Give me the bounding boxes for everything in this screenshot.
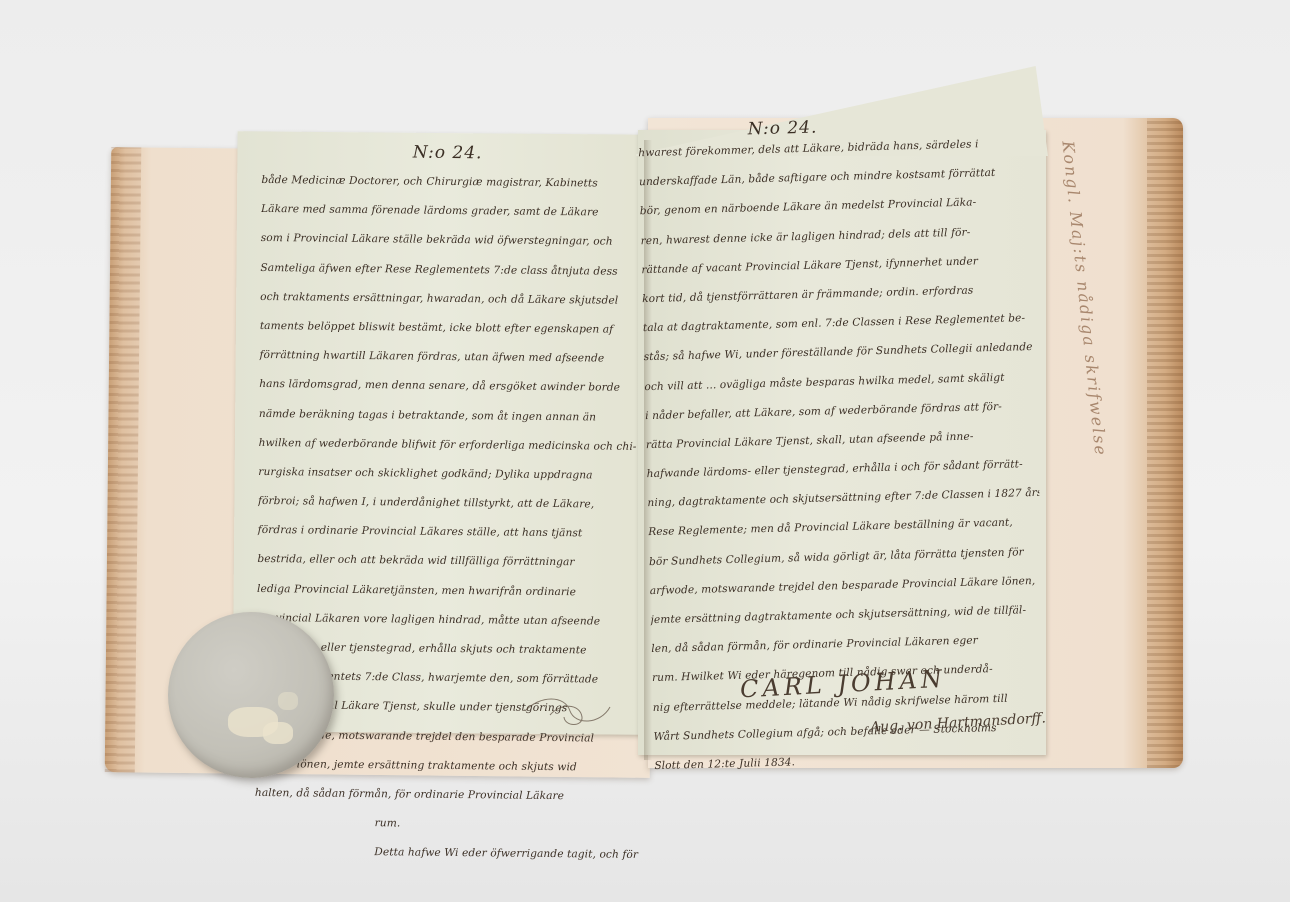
left-page-text: N:o 24. både Medicinæ Doctorer, och Chir… [254, 136, 654, 871]
closing-line: Detta hafwe Wi eder öfwerrigande tagit, … [254, 837, 646, 870]
manuscript-line: rum. [254, 808, 646, 841]
open-book: Kongl. Maj:ts nådiga skrifwelse N:o 24. … [0, 0, 1290, 902]
right-deckled-edge [1147, 118, 1183, 768]
manuscript-line: som i Provincial Läkare ställe bekräda w… [261, 224, 653, 257]
manuscript-line: hwilken af wederbörande blifwit för erfo… [258, 429, 650, 462]
round-paperweight [168, 612, 334, 778]
page-number: N:o 24. [242, 136, 654, 170]
manuscript-line: och traktaments ersättningar, hwaradan, … [260, 283, 652, 316]
manuscript-line: Samteliga äfwen efter Rese Reglementets … [260, 254, 652, 287]
weight-wear-mark [278, 692, 298, 710]
manuscript-line: lediga Provincial Läkaretjänsten, men hw… [257, 575, 649, 608]
manuscript-line: rurgiska insatser och skicklighet godkän… [258, 458, 650, 491]
manuscript-line: förrättning hwartill Läkaren fördras, ut… [259, 341, 651, 374]
manuscript-line: Läkare med samma förenade lärdoms grader… [261, 195, 653, 228]
manuscript-line: taments belöppet bliswit bestämt, icke b… [260, 312, 652, 345]
manuscript-line: både Medicinæ Doctorer, och Chirurgiæ ma… [261, 166, 653, 199]
manuscript-line: förbroi; så hafwen I, i underdånighet ti… [258, 487, 650, 520]
manuscript-line: Läkare lönen, jemte ersättning traktamen… [255, 750, 647, 783]
left-deckled-edge [105, 147, 142, 772]
manuscript-line: hans lärdomsgrad, men denna senare, då e… [259, 370, 651, 403]
manuscript-line: bestrida, eller och att bekräda wid till… [257, 545, 649, 578]
weight-wear-mark [263, 722, 293, 744]
manuscript-line: fördras i ordinarie Provincial Läkares s… [258, 516, 650, 549]
pen-flourish-icon [520, 693, 615, 729]
manuscript-line: Provincial Läkaren vore lagligen hindrad… [257, 604, 649, 637]
manuscript-line: halten, då sådan förmån, för ordinarie P… [255, 779, 647, 812]
manuscript-line: nämde beräkning tagas i betraktande, som… [259, 399, 651, 432]
